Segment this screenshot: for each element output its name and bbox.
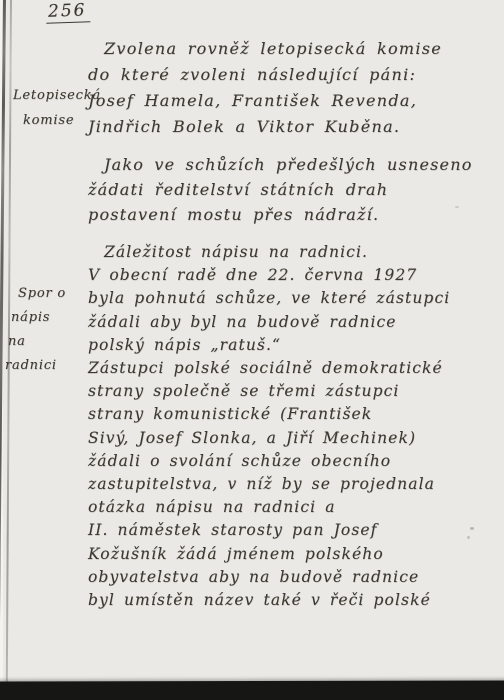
handwritten-line: Jako ve schůzích předešlých usneseno: [88, 152, 480, 177]
paragraph-most: Jako ve schůzích předešlých usneseno žád…: [88, 152, 480, 227]
handwritten-line: byla pohnutá schůze, ve které zástupci: [88, 287, 480, 310]
handwritten-line: žádati ředitelství státních drah: [88, 177, 480, 202]
handwritten-line: V obecní radě dne 22. června 1927: [88, 264, 480, 287]
scan-bottom-band: [0, 680, 504, 700]
handwritten-line: Sivý, Josef Slonka, a Jiří Mechinek): [88, 427, 480, 450]
handwritten-line: byl umístěn název také v řeči polské: [88, 589, 480, 612]
handwritten-line: polský nápis „ratuš.“: [88, 334, 480, 357]
margin-note-spor-o-napis: Spor o nápis na radnici: [5, 286, 66, 373]
handwritten-line: Záležitost nápisu na radnici.: [88, 241, 480, 264]
paragraph-komise: Zvolena rovněž letopisecká komise do kte…: [88, 36, 480, 140]
handwritten-line: Jindřich Bolek a Viktor Kuběna.: [88, 114, 480, 140]
margin-note-line: nápis: [5, 310, 66, 325]
scanned-manuscript-page: 256 Letopisecká komise Spor o nápis na r…: [0, 0, 504, 700]
page-number: 256: [46, 0, 91, 24]
handwritten-line: Kožušník žádá jménem polského: [88, 543, 480, 566]
margin-note-line: na: [5, 334, 66, 349]
handwritten-line: Zvolena rovněž letopisecká komise: [88, 36, 480, 62]
handwritten-line: strany společně se třemi zástupci: [88, 380, 480, 403]
scan-speck: [470, 527, 474, 530]
scan-speck: [455, 206, 459, 208]
handwritten-line: Josef Hamela, František Revenda,: [88, 88, 480, 114]
handwritten-line: žádali aby byl na budově radnice: [88, 311, 480, 334]
scan-speck: [467, 536, 470, 539]
handwritten-line: žádali o svolání schůze obecního: [88, 450, 480, 473]
handwritten-line: otázka nápisu na radnici a: [88, 496, 480, 519]
handwritten-line: II. náměstek starosty pan Josef: [88, 519, 480, 542]
handwritten-line: postavení mostu přes nádraží.: [88, 202, 480, 227]
handwritten-line: do které zvoleni následující páni:: [88, 62, 480, 88]
handwritten-line: obyvatelstva aby na budově radnice: [88, 566, 480, 589]
handwritten-line: strany komunistické (František: [88, 403, 480, 426]
paragraph-napis-na-radnici: Záležitost nápisu na radnici. V obecní r…: [88, 241, 480, 612]
margin-note-line: radnici: [5, 358, 66, 373]
margin-note-line: Spor o: [5, 286, 66, 301]
handwritten-line: Zástupci polské sociálně demokratické: [88, 357, 480, 380]
handwritten-line: zastupitelstva, v níž by se projednala: [88, 473, 480, 496]
